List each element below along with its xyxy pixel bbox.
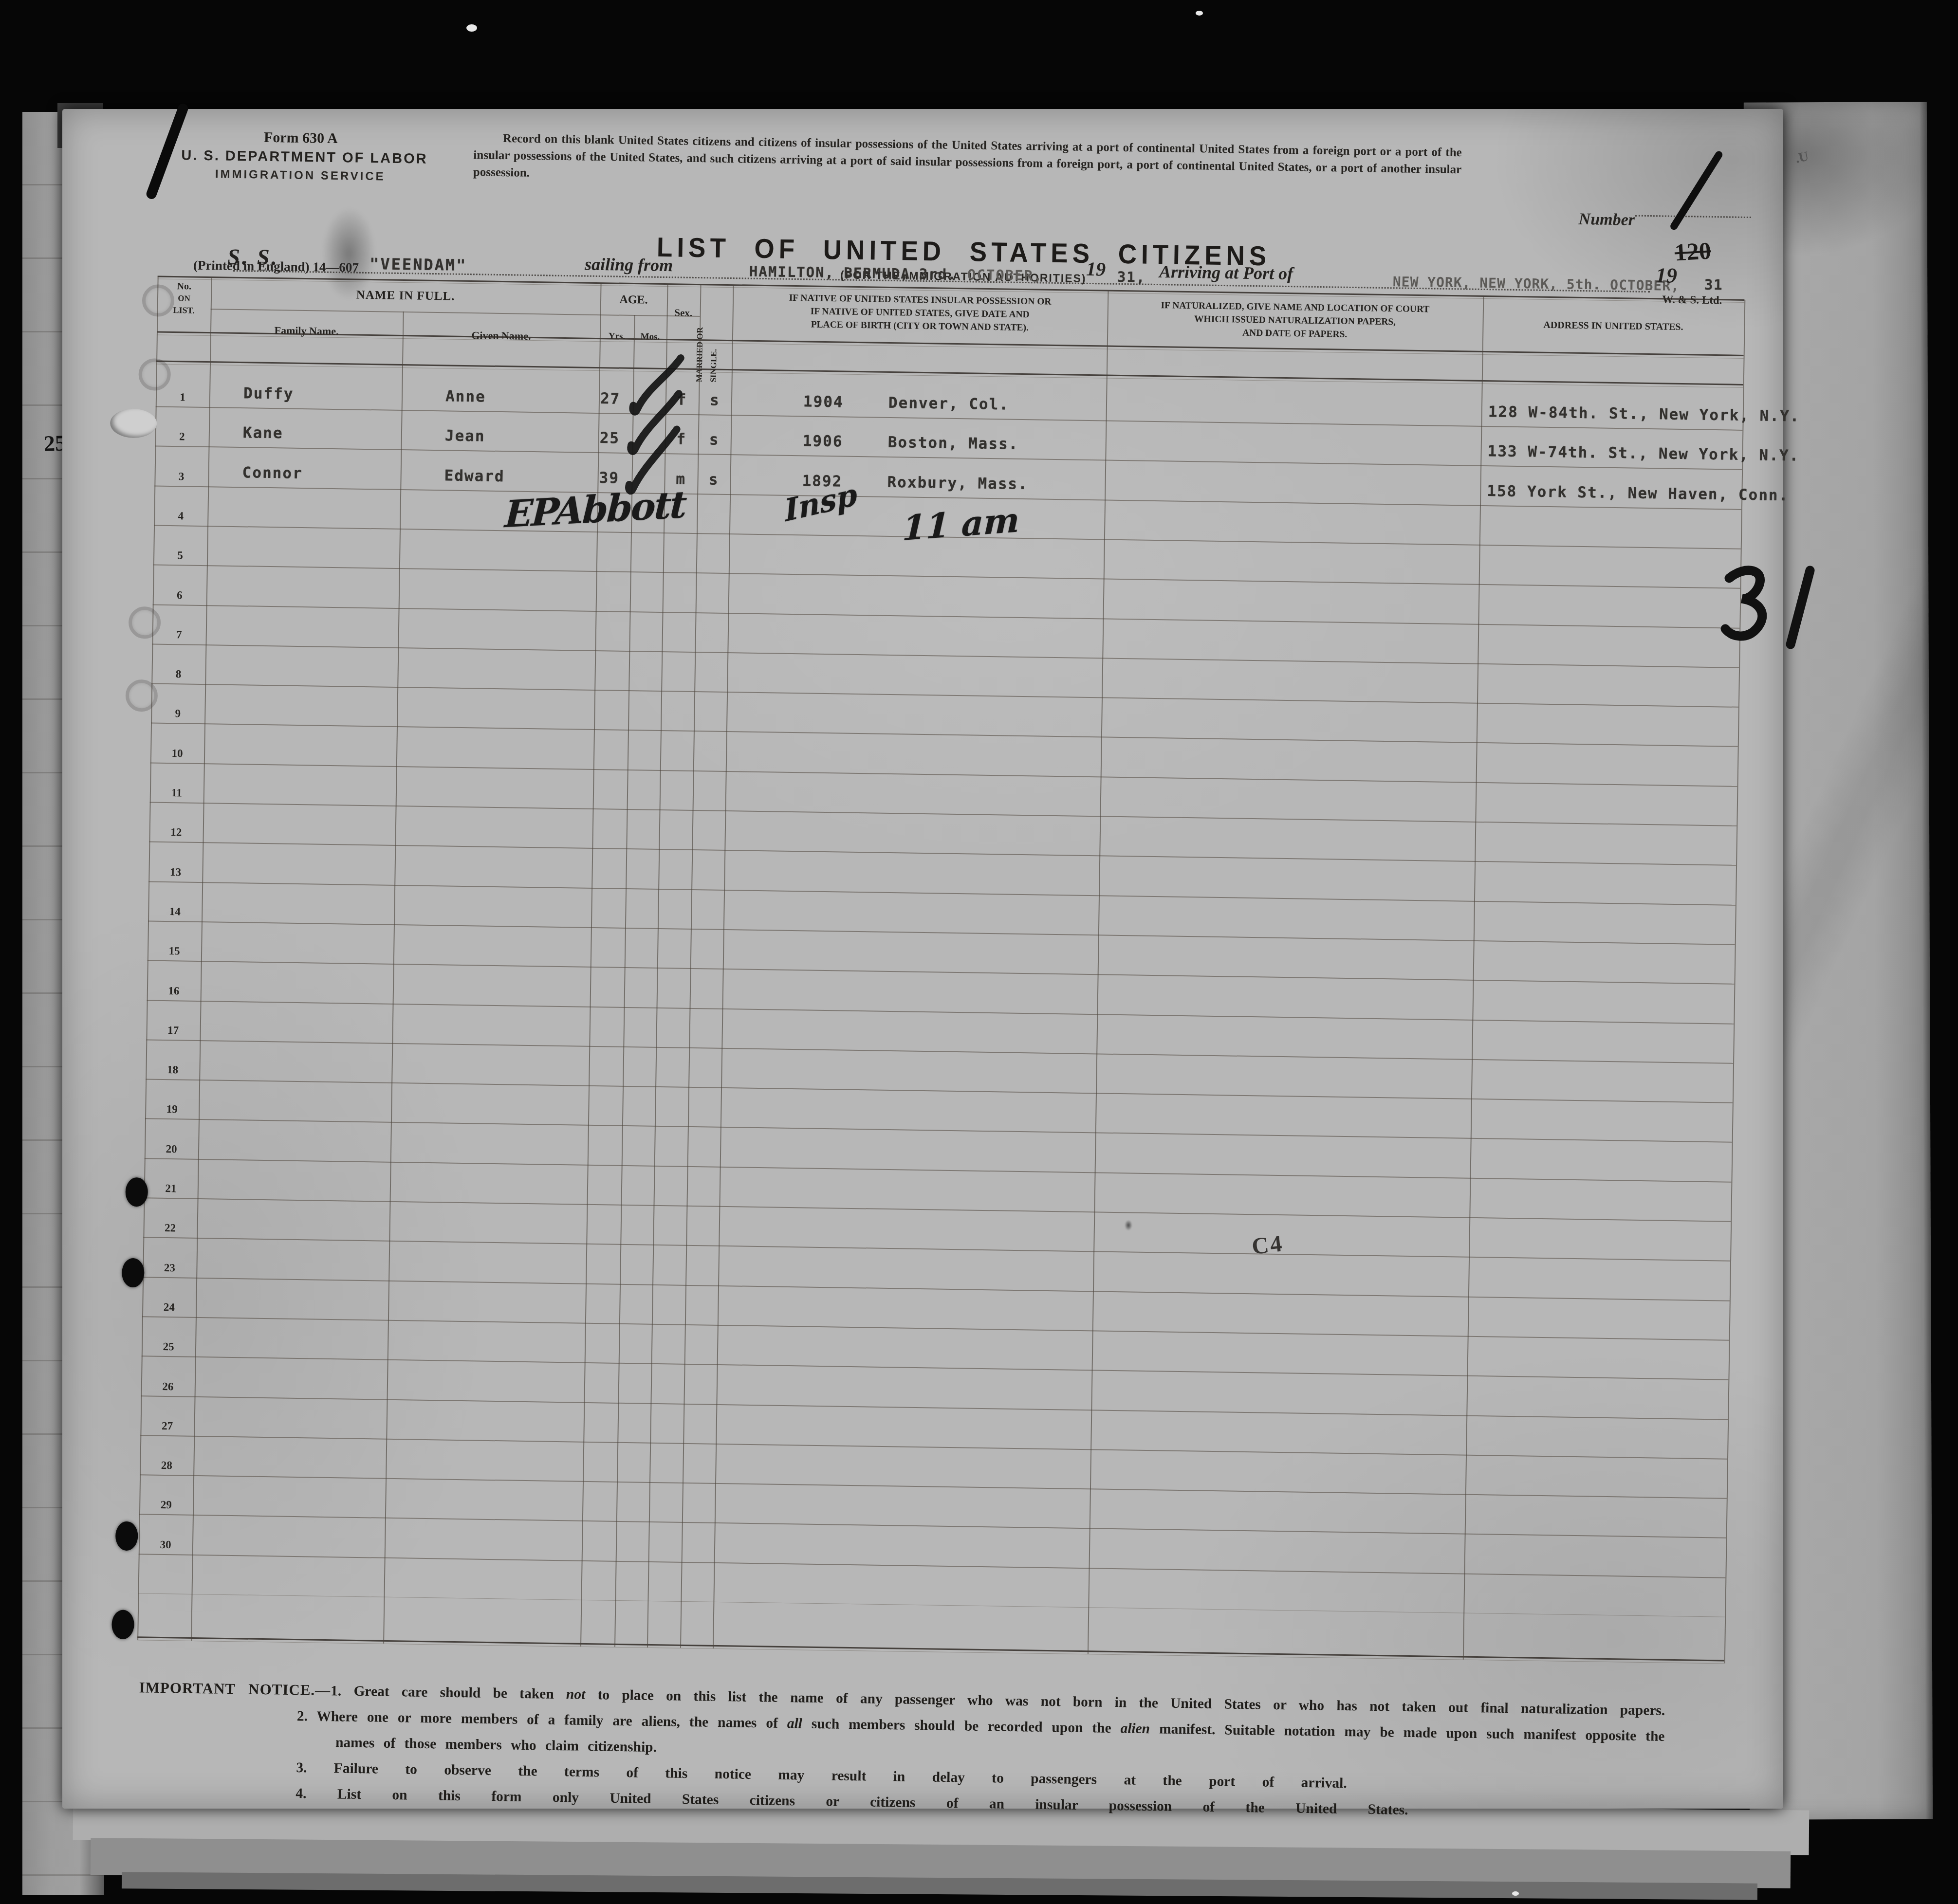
notice-lead: IMPORTANT NOTICE.— <box>139 1679 331 1699</box>
notice-item-number: 3. <box>296 1760 334 1776</box>
manifest-form-paper: Form 630 A U. S. DEPARTMENT OF LABOR IMM… <box>62 109 1783 1809</box>
notice-item-number: 4. <box>296 1786 337 1802</box>
scan-speck <box>466 24 477 32</box>
handwritten-ink-overlay <box>50 96 1795 1821</box>
right-edge-handwritten-marks <box>1699 555 1845 672</box>
scan-speck <box>1512 1891 1519 1896</box>
scanned-manifest-page: 14—3 25 .U Form 630 A U. S. DEPARTMENT O… <box>0 0 1958 1904</box>
notice-text: Great care should be taken <box>353 1684 566 1702</box>
notice-item-number: 2. <box>297 1708 317 1724</box>
notice-item-number: 1. <box>331 1683 354 1699</box>
notice-emphasis: all <box>787 1716 803 1731</box>
scan-speck <box>1196 11 1203 16</box>
notice-emphasis: alien <box>1120 1721 1150 1737</box>
notice-text: such members should be recorded upon the <box>802 1716 1121 1737</box>
form-content: Form 630 A U. S. DEPARTMENT OF LABOR IMM… <box>50 96 1795 1821</box>
important-notice: IMPORTANT NOTICE.—1. Great care should b… <box>137 1674 1665 1827</box>
notice-emphasis: not <box>566 1686 586 1703</box>
notice-text: Where one or more members of a family ar… <box>316 1709 787 1731</box>
